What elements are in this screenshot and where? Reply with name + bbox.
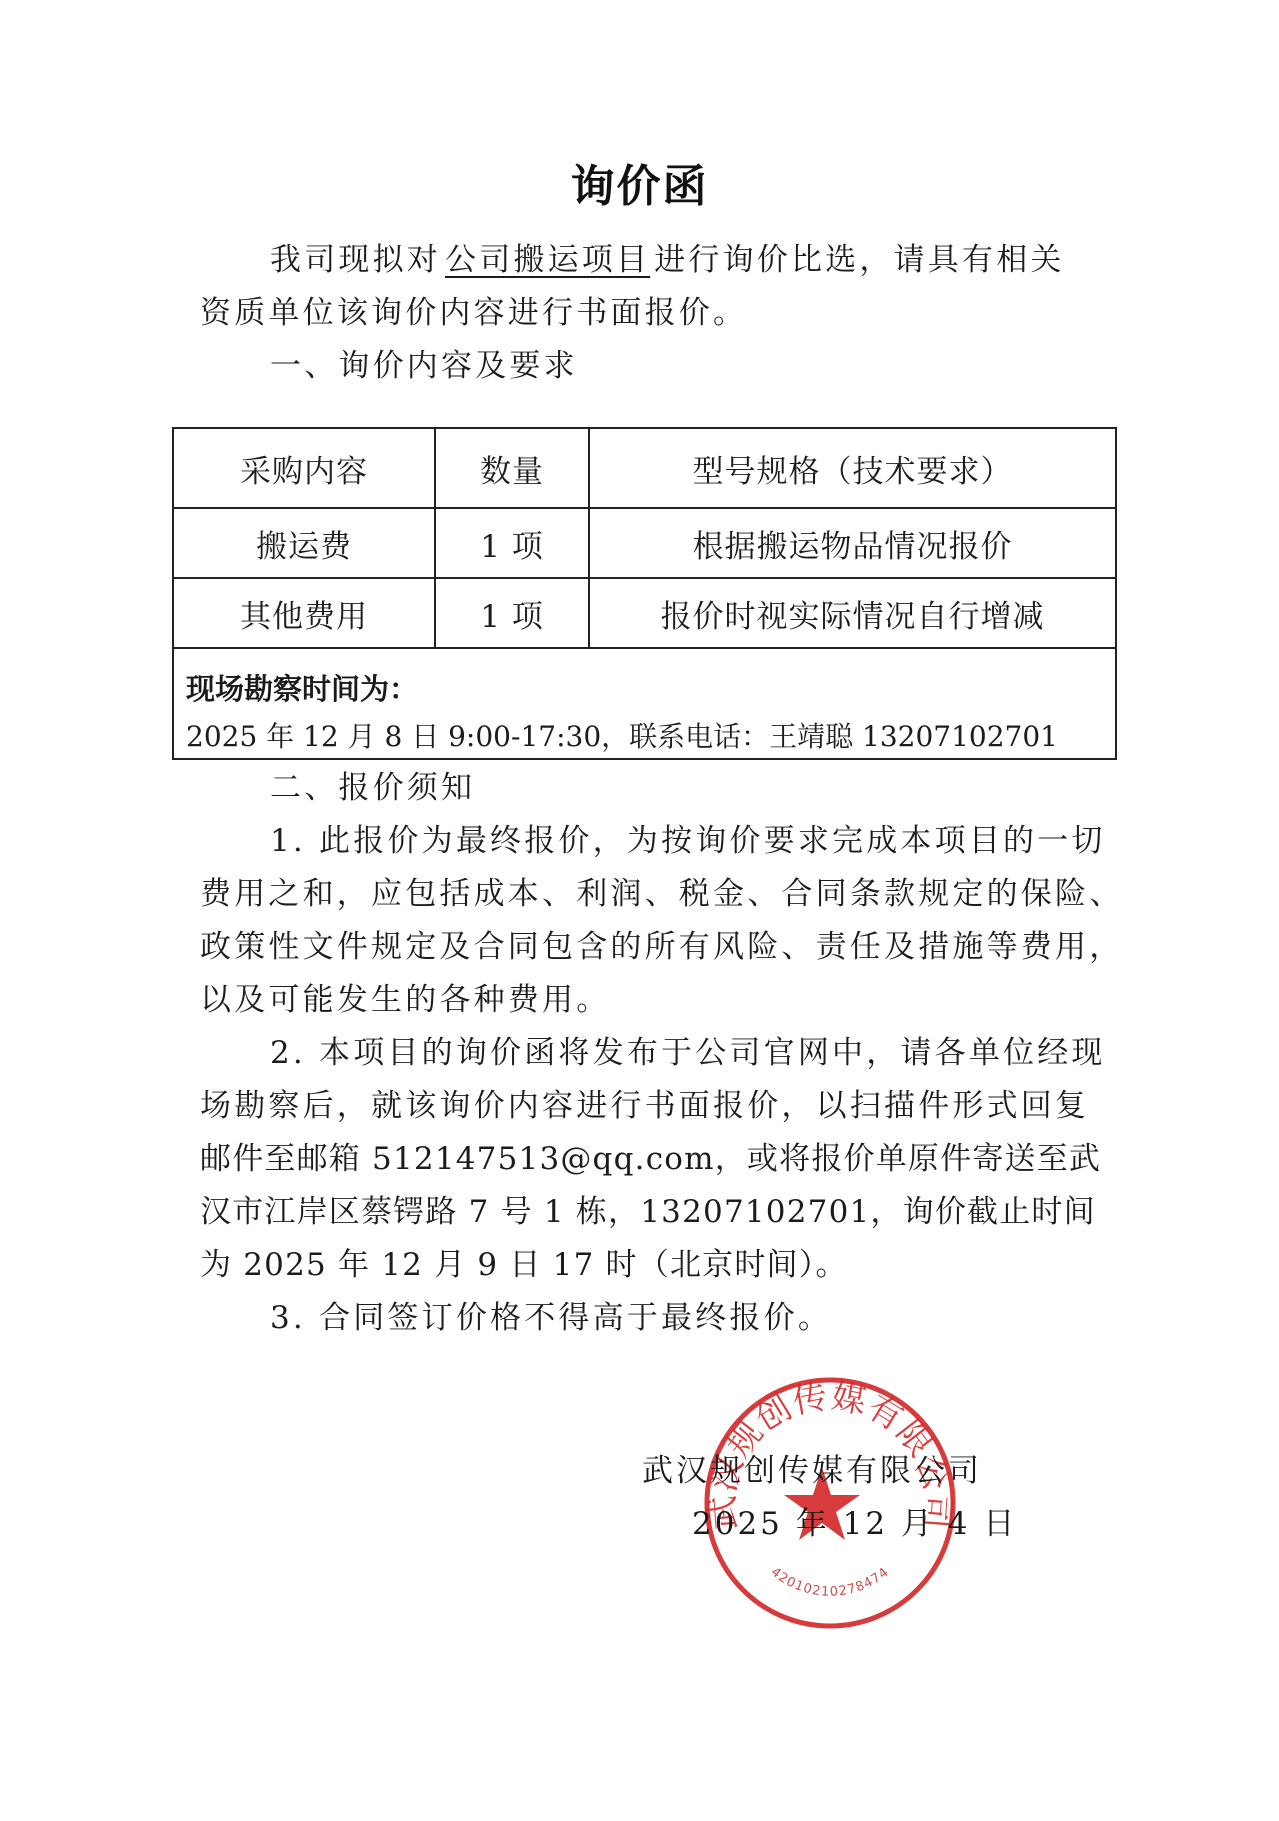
svg-text:4201021027847​4: 4201021027847​4	[768, 1565, 892, 1600]
table-cell-spec: 根据搬运物品情况报价	[590, 509, 1115, 577]
table-header-spec: 型号规格（技术要求）	[590, 429, 1115, 507]
section2-heading: 二、报价须知	[270, 768, 475, 808]
table-header-quantity: 数量	[436, 429, 588, 507]
intro-line-1: 我司现拟对公司搬运项目进行询价比选，请具有相关	[270, 240, 1065, 280]
document-title: 询价函	[0, 150, 1279, 214]
note-2-line: 2. 本项目的询价函将发布于公司官网中，请各单位经现	[270, 1033, 1106, 1073]
table-header-item: 采购内容	[174, 429, 434, 507]
table-cell-item: 搬运费	[174, 509, 434, 577]
survey-time-detail: 2025 年 12 月 8 日 9:00-17:30，联系电话：王靖聪 1320…	[186, 715, 1058, 755]
note-2-line: 邮件至邮箱 512147513@qq.com，或将报价单原件寄送至武	[200, 1139, 1101, 1179]
signature-date: 2025 年 12 月 4 日	[692, 1498, 1017, 1543]
note-2-line: 场勘察后，就该询价内容进行书面报价，以扫描件形式回复	[200, 1086, 1089, 1126]
note-1-line: 1. 此报价为最终报价，为按询价要求完成本项目的一切	[270, 821, 1106, 861]
note-1-line: 费用之和，应包括成本、利润、税金、合同条款规定的保险、	[200, 874, 1123, 914]
section1-heading: 一、询价内容及要求	[270, 346, 578, 386]
intro-line-2: 资质单位该询价内容进行书面报价。	[200, 293, 747, 333]
signatory-company: 武汉规创传媒有限公司	[642, 1445, 982, 1490]
table-cell-quantity: 1 项	[436, 509, 588, 577]
survey-row: 现场勘察时间为： 2025 年 12 月 8 日 9:00-17:30，联系电话…	[174, 649, 1115, 758]
note-2-line: 汉市江岸区蔡锷路 7 号 1 栋，13207102701，询价截止时间	[200, 1192, 1096, 1232]
table-cell-spec: 报价时视实际情况自行增减	[590, 579, 1115, 647]
inquiry-table: 采购内容 数量 型号规格（技术要求） 搬运费 1 项 根据搬运物品情况报价 其他…	[172, 427, 1117, 760]
note-2-line: 为 2025 年 12 月 9 日 17 时（北京时间）。	[200, 1245, 848, 1285]
intro-prefix: 我司现拟对	[270, 242, 441, 278]
note-1-line: 以及可能发生的各种费用。	[200, 980, 610, 1020]
inquiry-letter-page: 询价函 我司现拟对公司搬运项目进行询价比选，请具有相关 资质单位该询价内容进行书…	[0, 0, 1279, 1821]
survey-time-label: 现场勘察时间为：	[186, 667, 418, 708]
table-cell-item: 其他费用	[174, 579, 434, 647]
intro-suffix: 进行询价比选，请具有相关	[654, 242, 1064, 278]
note-3-line: 3. 合同签订价格不得高于最终报价。	[270, 1298, 832, 1338]
note-1-line: 政策性文件规定及合同包含的所有风险、责任及措施等费用，	[200, 927, 1123, 967]
table-cell-quantity: 1 项	[436, 579, 588, 647]
project-name: 公司搬运项目	[441, 242, 654, 278]
